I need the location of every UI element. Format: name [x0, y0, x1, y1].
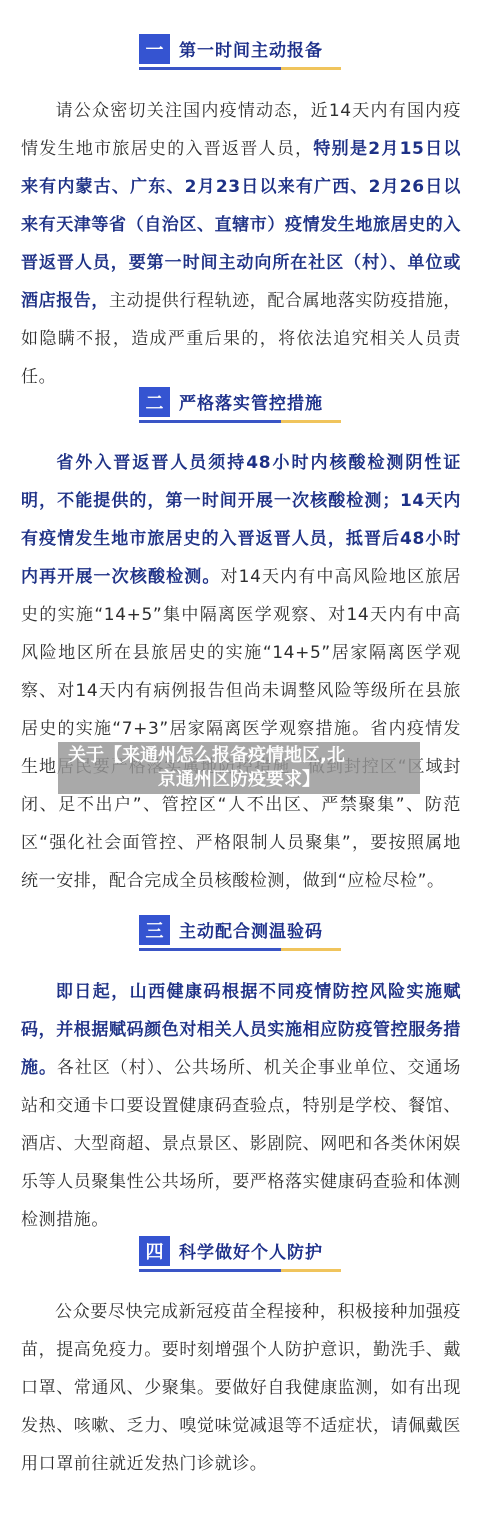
- header-underline-gold: [281, 420, 341, 423]
- section-2-paragraph: 省外入晋返晋人员须持48小时内核酸检测阴性证明，不能提供的，第一时间开展一次核酸…: [21, 444, 461, 900]
- header-underline-blue: [139, 1269, 281, 1272]
- body-text: 对14天内有中高风险地区旅居史的实施“14+5”集中隔离医学观察、对14天内有中…: [21, 567, 461, 891]
- section-header-3: 三 主动配合测温验码: [139, 915, 341, 953]
- section-title: 严格落实管控措施: [179, 389, 323, 414]
- header-underline-blue: [139, 420, 281, 423]
- header-underline-gold: [281, 67, 341, 70]
- section-number-badge: 三: [139, 915, 170, 945]
- section-number-badge: 四: [139, 1236, 170, 1266]
- section-title: 第一时间主动报备: [179, 36, 323, 61]
- section-title: 科学做好个人防护: [179, 1238, 323, 1263]
- section-3-paragraph: 即日起，山西健康码根据不同疫情防控风险实施赋码，并根据赋码颜色对相关人员实施相应…: [21, 973, 461, 1239]
- header-underline-blue: [139, 67, 281, 70]
- section-header-4: 四 科学做好个人防护: [139, 1236, 341, 1274]
- section-header-1: 一 第一时间主动报备: [139, 34, 341, 72]
- section-4-paragraph: 公众要尽快完成新冠疫苗全程接种，积极接种加强疫苗，提高免疫力。要时刻增强个人防护…: [21, 1293, 461, 1483]
- section-header-2: 二 严格落实管控措施: [139, 387, 341, 425]
- overlay-title-line-1: 关于【来通州怎么报备疫情地区,北: [64, 744, 414, 768]
- header-underline-gold: [281, 948, 341, 951]
- highlighted-text: 特别是2月15日以来有内蒙古、广东、2月23日以来有广西、2月26日以来有天津等…: [21, 139, 461, 311]
- header-underline-blue: [139, 948, 281, 951]
- section-number-badge: 二: [139, 387, 170, 417]
- header-underline-gold: [281, 1269, 341, 1272]
- overlay-title-banner: 关于【来通州怎么报备疫情地区,北 京通州区防疫要求】: [58, 742, 420, 794]
- overlay-title-line-2: 京通州区防疫要求】: [64, 768, 414, 792]
- section-title: 主动配合测温验码: [179, 917, 323, 942]
- section-number-badge: 一: [139, 34, 170, 64]
- body-text: 公众要尽快完成新冠疫苗全程接种，积极接种加强疫苗，提高免疫力。要时刻增强个人防护…: [21, 1302, 461, 1474]
- body-text: 各社区（村）、公共场所、机关企事业单位、交通场站和交通卡口要设置健康码查验点，特…: [21, 1058, 461, 1230]
- section-1-paragraph: 请公众密切关注国内疫情动态，近14天内有国内疫情发生地市旅居史的入晋返晋人员，特…: [21, 92, 461, 396]
